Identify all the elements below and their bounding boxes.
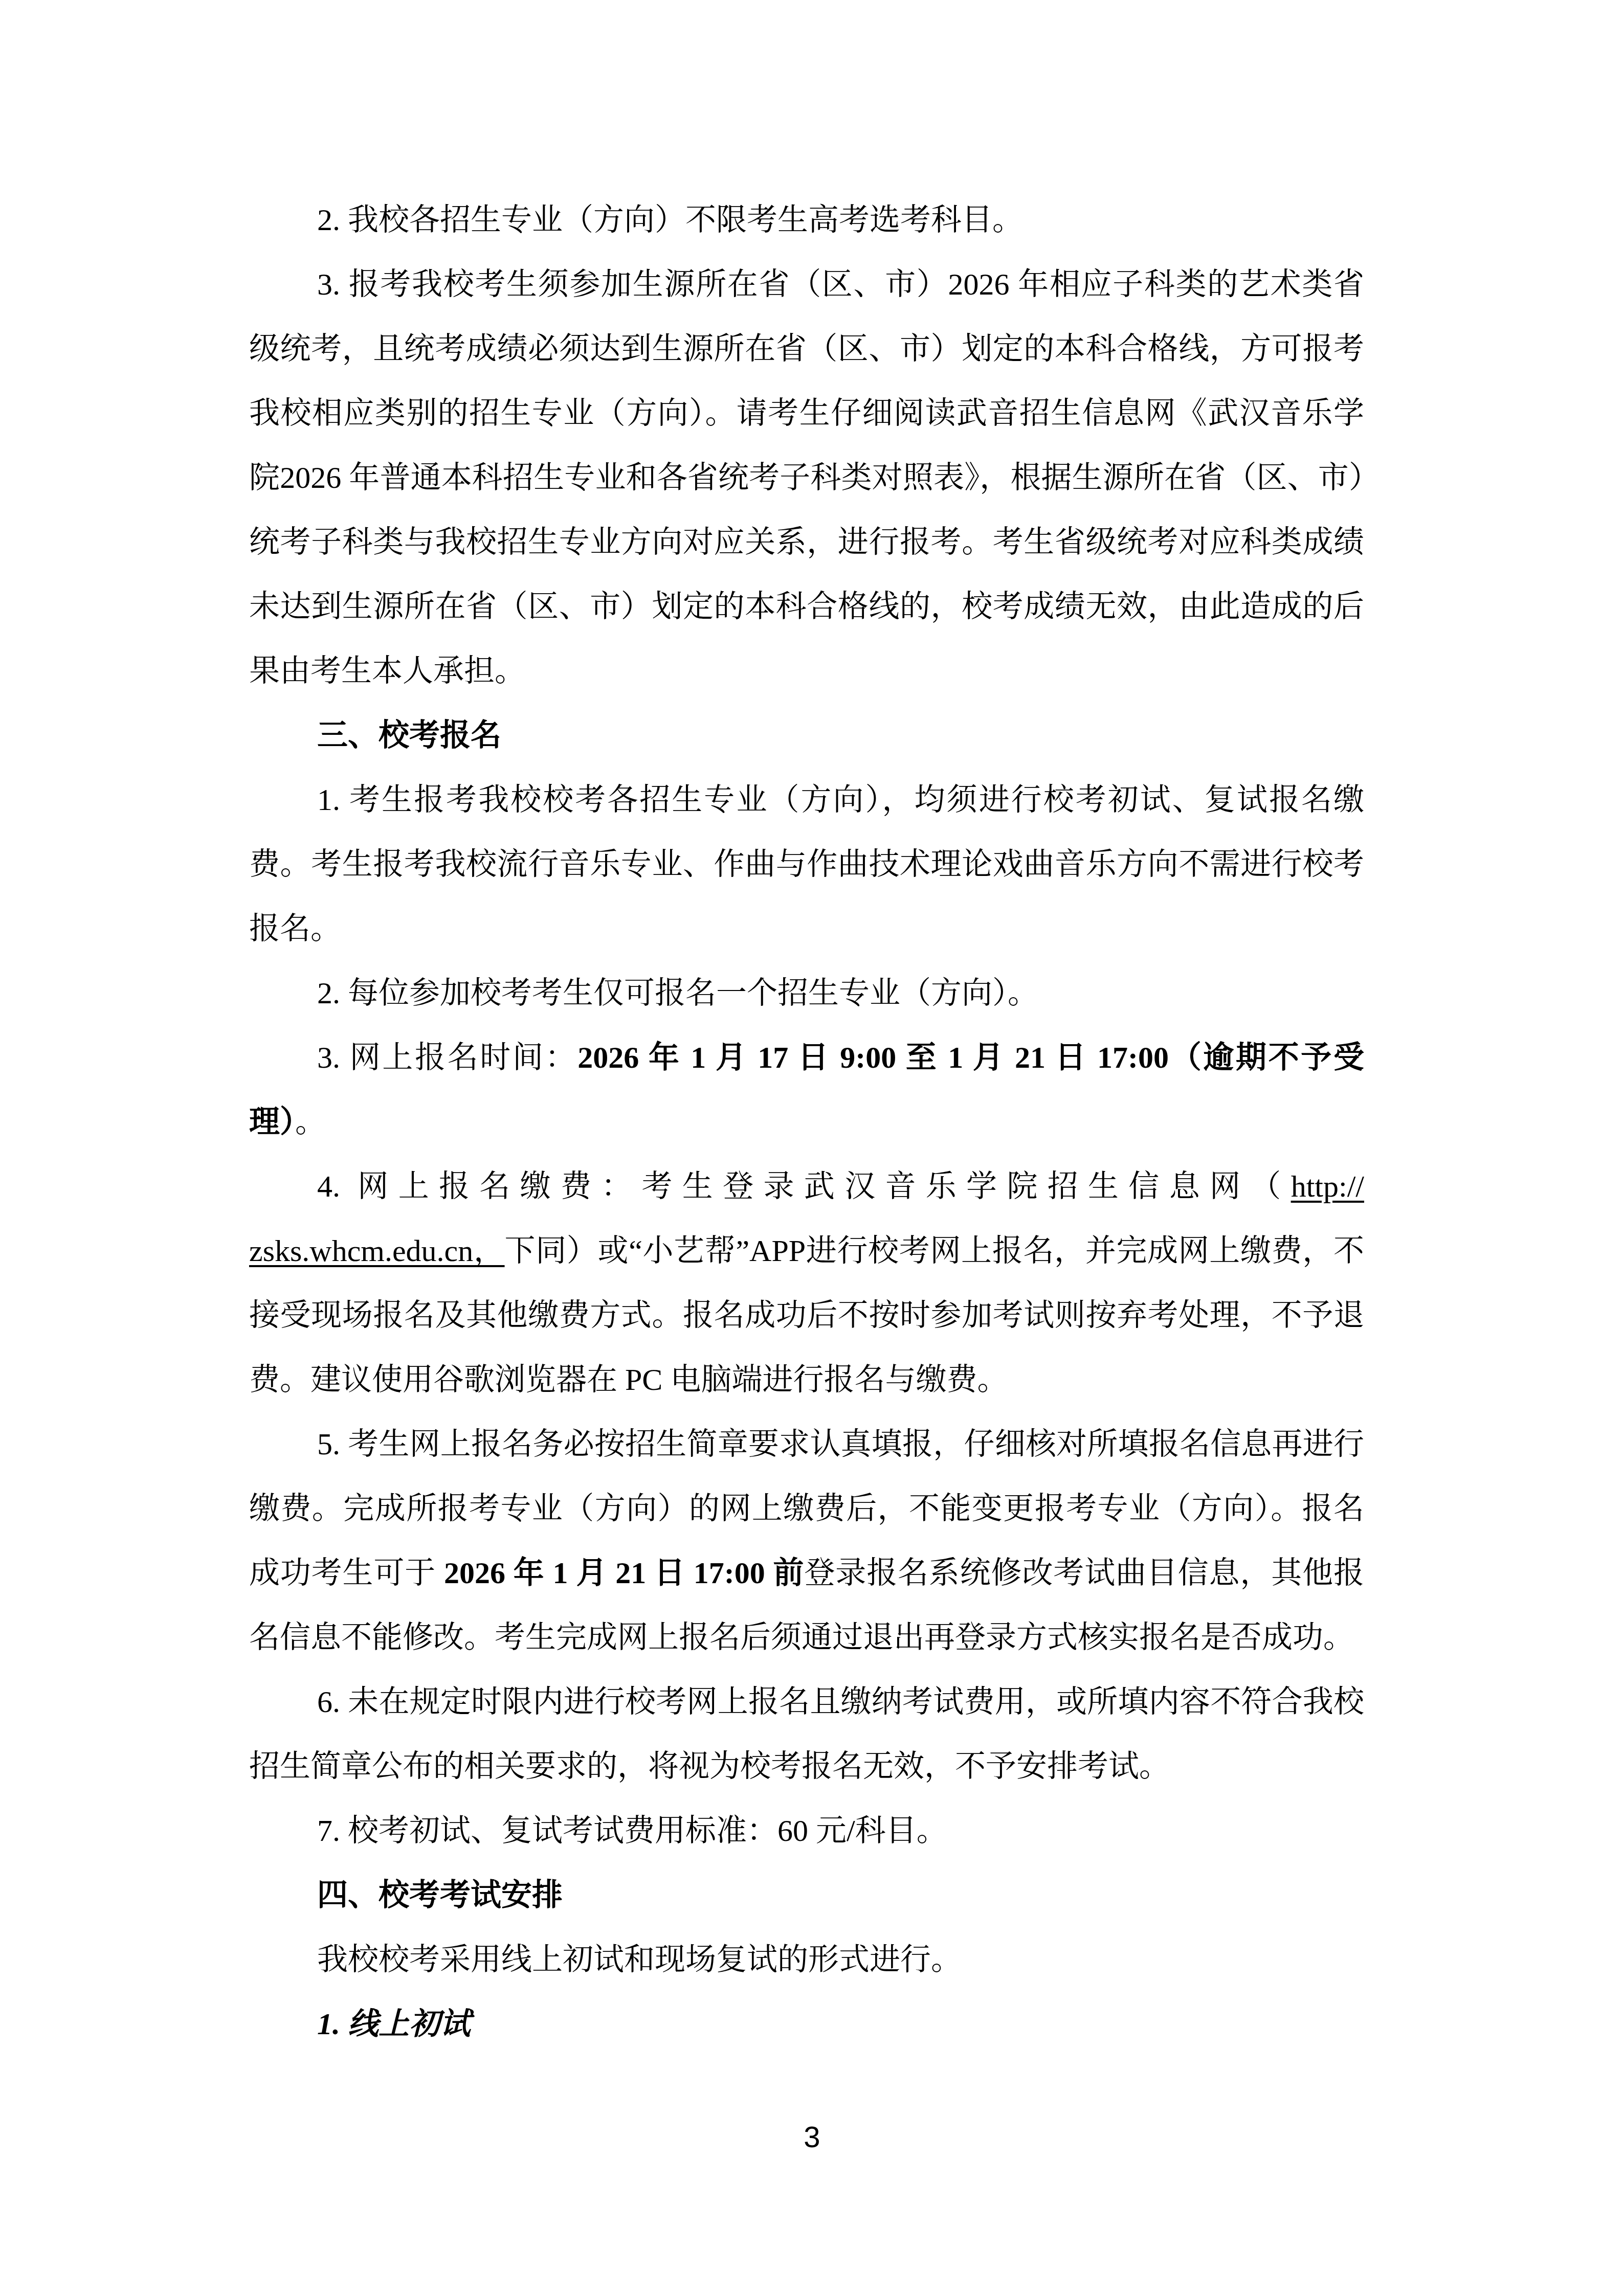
paragraph-gaokao-subjects: 2. 我校各招生专业（方向）不限考生高考选考科目。 — [249, 188, 1364, 252]
paragraph-provincial-unified-exam: 3. 报考我校考生须参加生源所在省（区、市）2026 年相应子科类的艺术类省级统… — [249, 252, 1364, 703]
registration-item-2: 2. 每位参加校考考生仅可报名一个招生专业（方向）。 — [249, 961, 1364, 1025]
registration-item-4-prefix: 4. 网上报名缴费：考生登录武汉音乐学院招生信息网（ — [317, 1169, 1291, 1203]
admissions-site-url-host: zsks.whcm.edu.cn， — [249, 1234, 505, 1268]
registration-item-6: 6. 未在规定时限内进行校考网上报名且缴纳考试费用，或所填内容不符合我校招生简章… — [249, 1670, 1364, 1798]
page-number: 3 — [0, 2121, 1624, 2154]
document-page: 2. 我校各招生专业（方向）不限考生高考选考科目。 3. 报考我校考生须参加生源… — [0, 0, 1624, 2296]
admissions-site-url-scheme: http:// — [1291, 1169, 1364, 1203]
paragraph-exam-mode: 我校校考采用线上初试和现场复试的形式进行。 — [249, 1927, 1364, 1992]
song-change-deadline: 2026 年 1 月 21 日 17:00 前 — [444, 1556, 804, 1590]
page-body-text: 2. 我校各招生专业（方向）不限考生高考选考科目。 3. 报考我校考生须参加生源… — [249, 188, 1364, 2056]
subheading-online-preliminary: 1. 线上初试 — [249, 1992, 1364, 2056]
registration-item-7: 7. 校考初试、复试考试费用标准：60 元/科目。 — [249, 1798, 1364, 1863]
registration-item-3: 3. 网上报名时间：2026 年 1 月 17 日 9:00 至 1 月 21 … — [249, 1025, 1364, 1154]
section-heading-exam-arrangement: 四、校考考试安排 — [249, 1863, 1364, 1927]
registration-item-3-suffix: 。 — [295, 1105, 326, 1139]
registration-item-3-prefix: 3. 网上报名时间： — [317, 1041, 577, 1074]
registration-item-1: 1. 考生报考我校校考各招生专业（方向），均须进行校考初试、复试报名缴费。考生报… — [249, 768, 1364, 961]
registration-item-4: 4. 网上报名缴费：考生登录武汉音乐学院招生信息网（http://zsks.wh… — [249, 1154, 1364, 1412]
registration-item-5: 5. 考生网上报名务必按招生简章要求认真填报，仔细核对所填报名信息再进行缴费。完… — [249, 1412, 1364, 1670]
section-heading-registration: 三、校考报名 — [249, 703, 1364, 768]
